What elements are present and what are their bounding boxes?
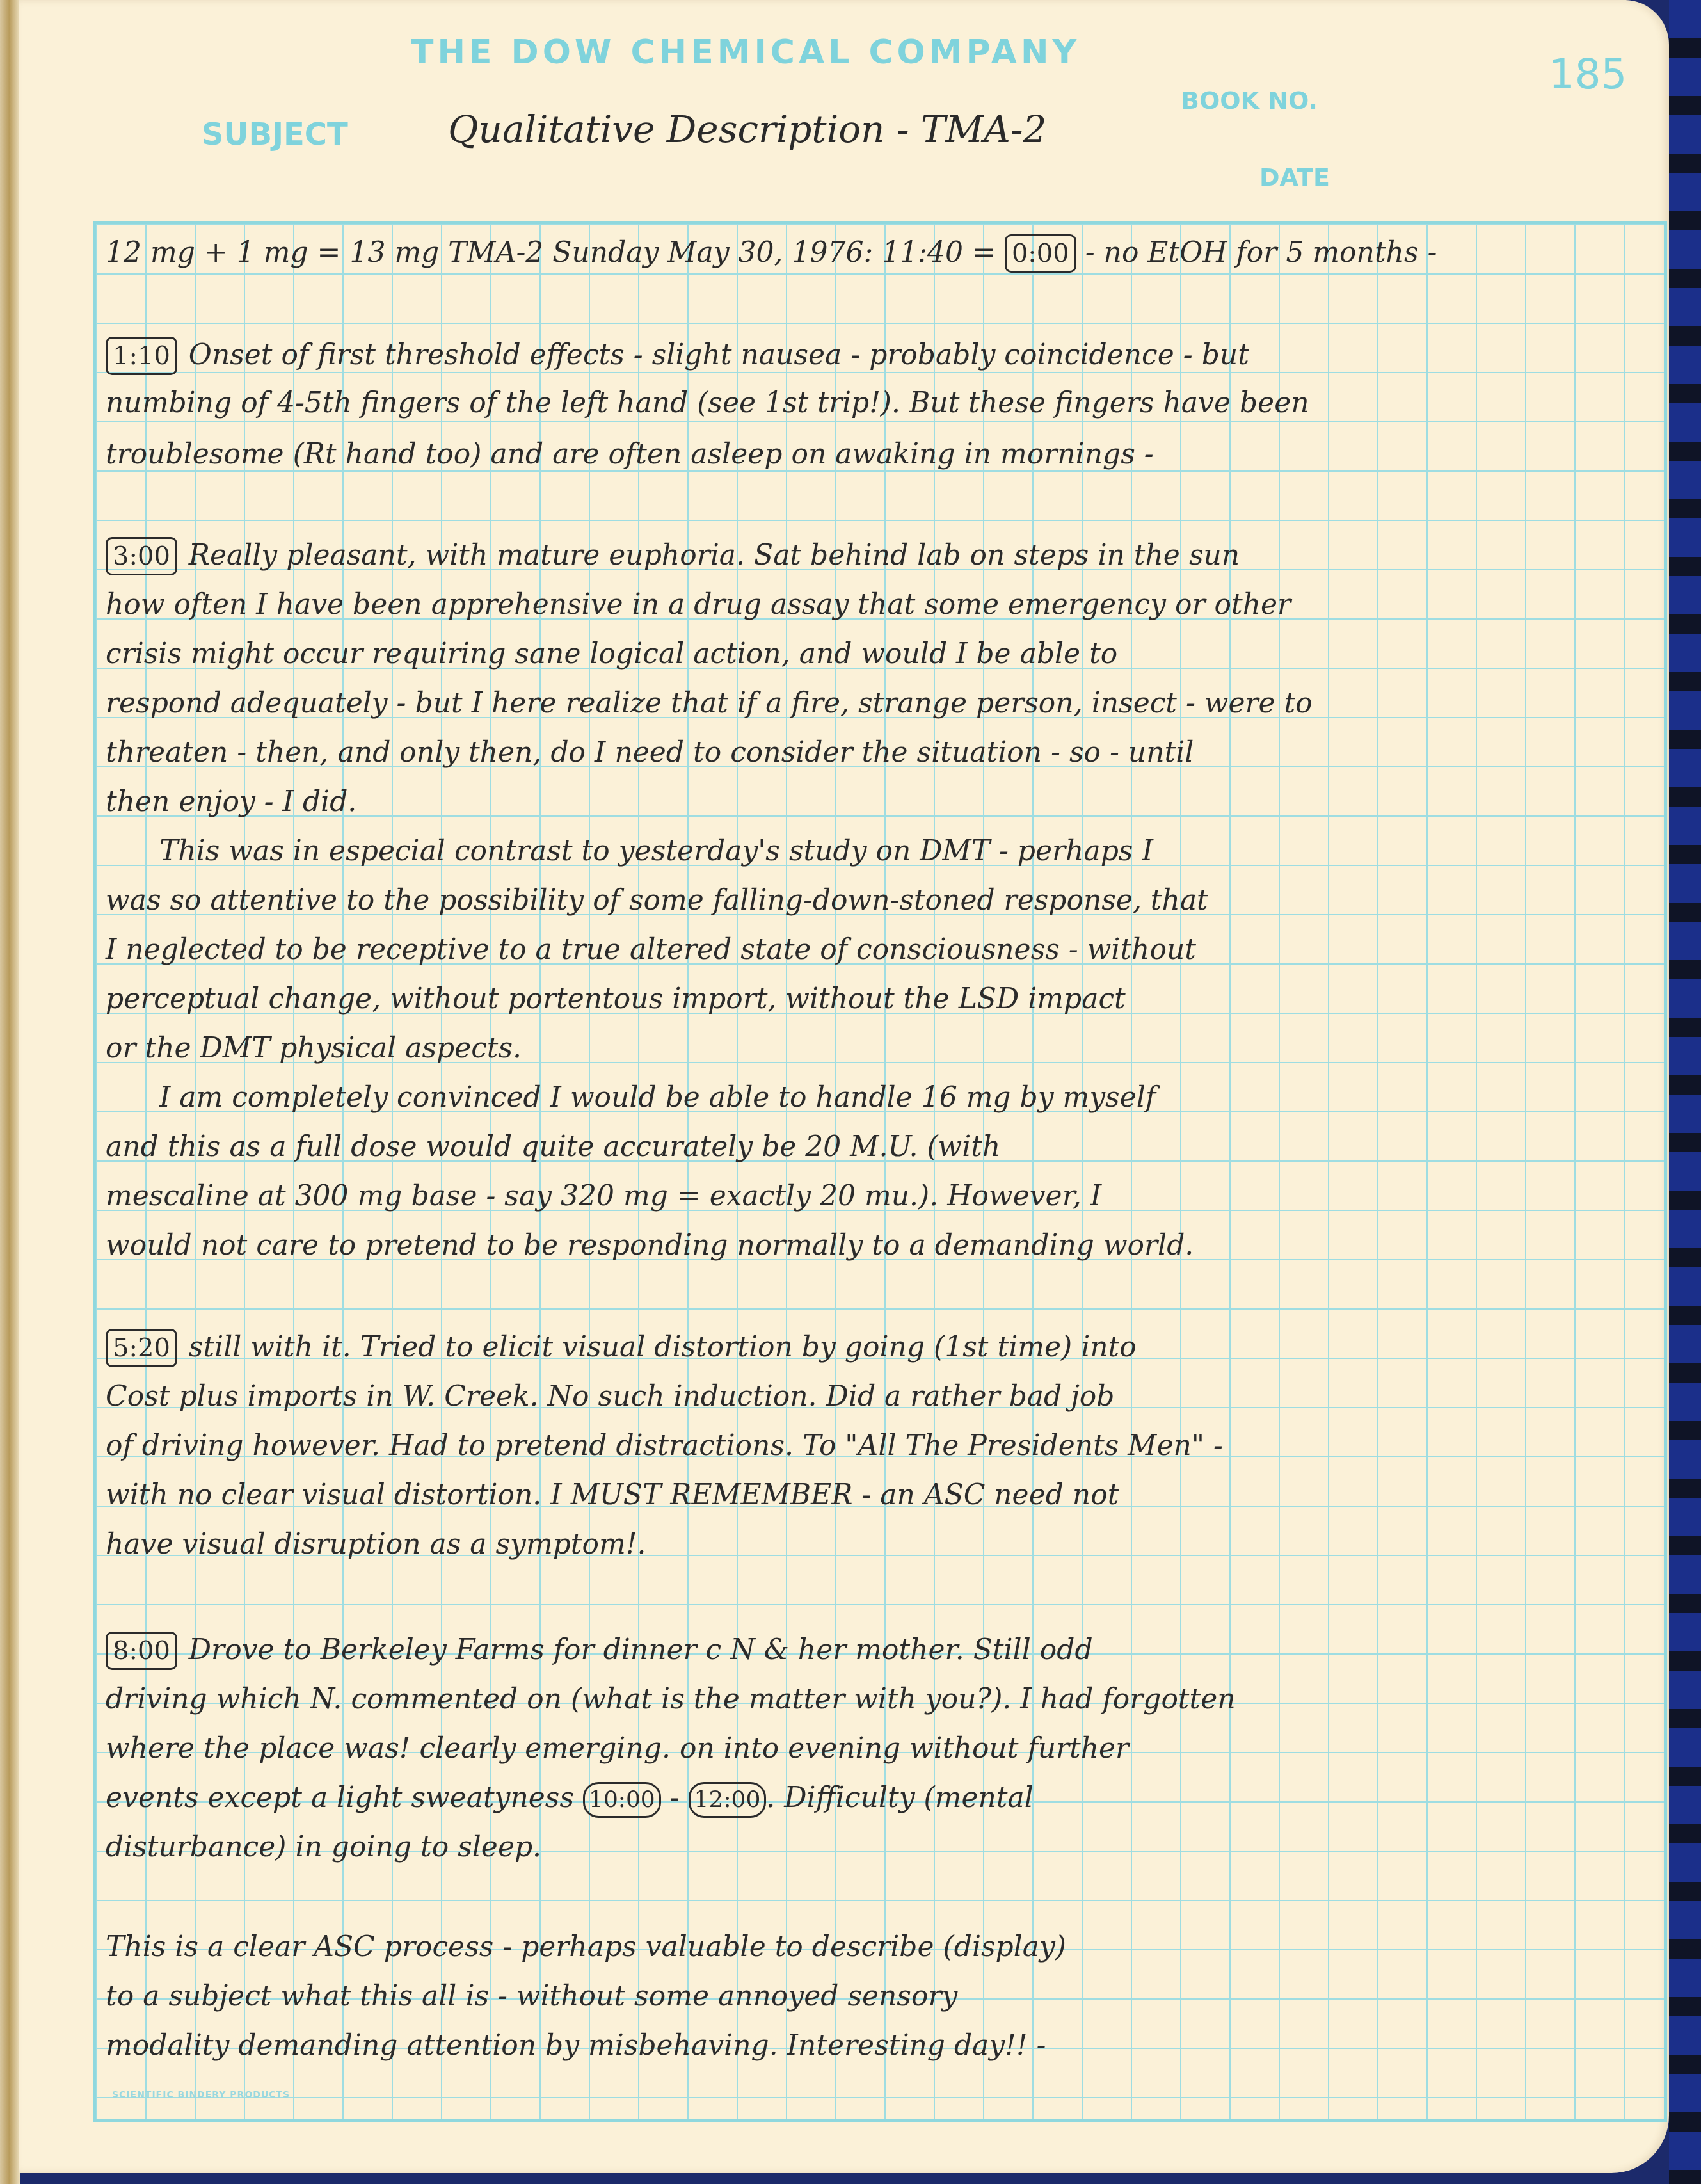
entry-line: of driving however. Had to pretend distr… <box>106 1427 1654 1465</box>
time-marker: 8:00 <box>106 1632 177 1670</box>
entry-line: perceptual change, without portentous im… <box>106 980 1654 1018</box>
entry-line: mescaline at 300 mg base - say 320 mg = … <box>106 1177 1654 1216</box>
page-number: 185 <box>1549 51 1627 99</box>
entry-line: troublesome (Rt hand too) and are often … <box>106 435 1654 474</box>
dose-line: 12 mg + 1 mg = 13 mg TMA-2 Sunday May 30… <box>106 234 1654 273</box>
entry-text: still with it. Tried to elicit visual di… <box>189 1331 1137 1363</box>
entry-line: I neglected to be receptive to a true al… <box>106 931 1654 969</box>
entry-text: events except a light sweatyness <box>106 1781 583 1814</box>
time-marker: 0:00 <box>1005 234 1076 273</box>
time-marker: 12:00 <box>689 1782 767 1818</box>
summary-line: modality demanding attention by misbehav… <box>106 2027 1654 2065</box>
entry-line: events except a light sweatyness 10:00 -… <box>106 1779 1654 1818</box>
entry-line: This was in especial contrast to yesterd… <box>106 832 1654 871</box>
entry-line: 1:10Onset of first threshold effects - s… <box>106 336 1654 375</box>
dash: - <box>661 1781 689 1814</box>
entry-line: numbing of 4-5th fingers of the left han… <box>106 384 1654 422</box>
time-marker: 3:00 <box>106 537 177 575</box>
entry-line: and this as a full dose would quite accu… <box>106 1128 1654 1166</box>
summary-line: to a subject what this all is - without … <box>106 1977 1654 2016</box>
entry-line: crisis might occur requiring sane logica… <box>106 635 1654 673</box>
entry-line: or the DMT physical aspects. <box>106 1029 1654 1068</box>
time-marker: 1:10 <box>106 337 177 375</box>
time-marker: 10:00 <box>583 1782 661 1818</box>
entry-line: threaten - then, and only then, do I nee… <box>106 734 1654 772</box>
entry-line: Cost plus imports in W. Creek. No such i… <box>106 1377 1654 1416</box>
dose-text: 12 mg + 1 mg = 13 mg TMA-2 Sunday May 30… <box>106 236 1005 269</box>
entry-line: 5:20still with it. Tried to elicit visua… <box>106 1328 1654 1367</box>
entry-line: would not care to pretend to be respondi… <box>106 1226 1654 1265</box>
company-header: THE DOW CHEMICAL COMPANY <box>411 33 1080 72</box>
book-no-label: BOOK NO. <box>1181 86 1318 115</box>
entry-line: with no clear visual distortion. I MUST … <box>106 1476 1654 1514</box>
entry-line: then enjoy - I did. <box>106 783 1654 821</box>
entry-line: respond adequately - but I here realize … <box>106 684 1654 723</box>
entry-line: driving which N. commented on (what is t… <box>106 1680 1654 1719</box>
entry-line: 8:00Drove to Berkeley Farms for dinner c… <box>106 1631 1654 1670</box>
entry-text: . Difficulty (mental <box>766 1781 1033 1814</box>
summary-line: This is a clear ASC process - perhaps va… <box>106 1928 1654 1966</box>
date-label: DATE <box>1259 163 1330 191</box>
entry-text: Drove to Berkeley Farms for dinner c N &… <box>189 1634 1093 1666</box>
entry-line: 3:00Really pleasant, with mature euphori… <box>106 536 1654 575</box>
notebook-left-edge <box>0 0 20 2184</box>
entry-line: where the place was! clearly emerging. o… <box>106 1730 1654 1768</box>
entry-line: how often I have been apprehensive in a … <box>106 586 1654 624</box>
printer-imprint: SCIENTIFIC BINDERY PRODUCTS <box>112 2090 290 2100</box>
entry-line: I am completely convinced I would be abl… <box>106 1079 1654 1117</box>
time-marker: 5:20 <box>106 1329 177 1367</box>
entry-text: Really pleasant, with mature euphoria. S… <box>189 539 1240 572</box>
entry-line: have visual disruption as a symptom!. <box>106 1525 1654 1564</box>
entry-line: was so attentive to the possibility of s… <box>106 881 1654 920</box>
subject-value: Qualitative Description - TMA-2 <box>448 108 1046 151</box>
spiral-binding <box>1669 0 1701 2184</box>
entry-text: Onset of first threshold effects - sligh… <box>189 339 1249 371</box>
subject-label: SUBJECT <box>202 116 348 152</box>
entry-line: disturbance) in going to sleep. <box>106 1828 1654 1867</box>
dose-note: - no EtOH for 5 months - <box>1076 236 1437 269</box>
